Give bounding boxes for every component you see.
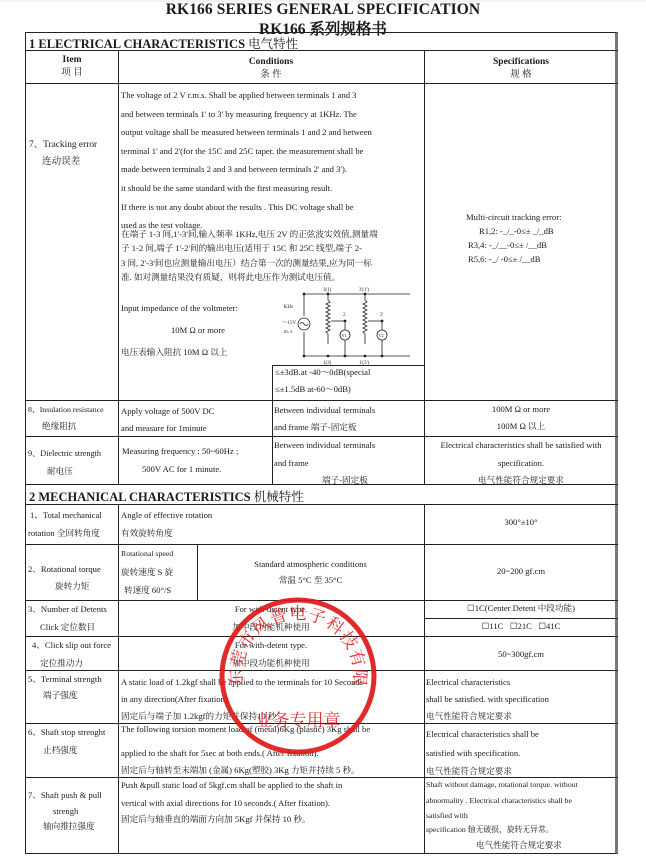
section-1-title: 1 ELECTRICAL CHARACTERISTICS xyxy=(29,37,245,51)
item-label: 6、Shaft stop strenght xyxy=(28,724,105,742)
conditions-text: For with-detent type. xyxy=(118,637,424,655)
spec-value: 300°±10° xyxy=(424,514,618,532)
svg-text:2': 2' xyxy=(380,313,384,318)
spec-value: 20~200 gf.cm xyxy=(424,563,618,581)
conditions-text: A static load of 1.2kgf shall be applied… xyxy=(121,674,363,692)
between-text: Between individual terminals xyxy=(274,402,375,420)
test-circuit-diagram: 1 KHz 2～15V r. m. s 3(1) 3'(1') 2 2' 1(3… xyxy=(282,286,422,366)
conditions-text: vertical with axial directions for 10 se… xyxy=(121,795,330,813)
item-label: 5、Terminal strength xyxy=(28,671,102,689)
between-text-cn: 端子-固定板 xyxy=(322,472,368,490)
detent-option-41c[interactable]: ☐41C xyxy=(538,621,560,631)
divider xyxy=(26,50,618,51)
item-label-cn: 旋转力矩 xyxy=(55,578,89,596)
spec-value: R1,2: -_/_-0≤± _/_dB xyxy=(479,224,554,238)
conditions-text-cn: 固定后与轴垂直的端面方向加 5Kgf 并保持 10 秒。 xyxy=(121,811,311,829)
divider xyxy=(118,50,119,484)
item-label: 1、Total mechanical xyxy=(30,507,102,525)
conditions-text: Angle of effective rotation xyxy=(121,507,212,525)
divider xyxy=(26,670,618,671)
conditions-text-cn: 在端子 1-3 间,1'-3'间,输入频率 1KHz,电压 2V 的正弦波实效值… xyxy=(121,227,378,284)
between-text: Between individual terminals xyxy=(274,437,375,455)
speed-text: 旋转速度 S 旋 xyxy=(121,564,173,582)
checkbox-icon[interactable]: ☐ xyxy=(467,603,475,613)
spec-value: Electrical characteristics shall be xyxy=(426,726,539,744)
section-2-heading: 2 MECHANICAL CHARACTERISTICS 机械特性 xyxy=(29,487,304,505)
spec-value: R5,6: -_/ -0≤± /__dB xyxy=(468,252,540,266)
impedance-label: Input impedance of the voltmeter: xyxy=(121,300,238,318)
spec-value-cn: 电气性能符合规定要求 xyxy=(424,472,618,490)
conditions-text: Apply voltage of 500V DC xyxy=(121,403,214,421)
tracking-tolerance: ≤±3dB.at -40～0dB(special ≤±1.5dB at-60～0… xyxy=(275,364,370,398)
svg-text:1 KHz: 1 KHz xyxy=(282,305,294,310)
detent-options: ☐11C ☐21C ☐41C xyxy=(424,618,618,636)
column-header-specifications-en: Specifications xyxy=(493,57,549,67)
item-label-cn: 绝缘阻抗 xyxy=(42,418,76,436)
item-label: 4、Click slip out force xyxy=(32,637,111,655)
svg-text:2～15V: 2～15V xyxy=(282,321,297,326)
spec-value: specification. xyxy=(424,455,618,473)
spec-value-cn: 电气性能符合规定要求 xyxy=(476,837,562,855)
checkbox-icon: ☐ xyxy=(510,621,518,631)
column-header-item-en: Item xyxy=(63,55,82,65)
between-text: and frame xyxy=(274,455,309,473)
conditions-text: The following torsion moment load of (me… xyxy=(121,721,370,739)
divider xyxy=(26,484,618,485)
column-header-specifications-cn: 规 格 xyxy=(510,70,531,80)
section-1-title-cn: 电气特性 xyxy=(248,37,298,51)
spec-value: 100M Ω 以上 xyxy=(424,418,618,436)
svg-text:V2: V2 xyxy=(379,333,384,338)
checkbox-icon: ☐ xyxy=(538,621,546,631)
impedance-label-cn: 电压表输入阻抗 10M Ω 以上 xyxy=(121,344,227,362)
spec-value: Electrical characteristics xyxy=(426,674,510,692)
conditions-text: Standard atmospheric conditions xyxy=(197,556,424,574)
conditions-text: in any direction(After fixation). xyxy=(121,691,230,709)
speed-text: Rotational speed xyxy=(121,545,173,563)
item-label-cn: 耐电压 xyxy=(47,463,73,481)
spec-value: satisfied with specification. xyxy=(426,745,520,763)
divider xyxy=(118,504,119,854)
column-header-specifications: Specifications 规 格 xyxy=(424,56,618,82)
section-2-title: 2 MECHANICAL CHARACTERISTICS xyxy=(29,490,251,504)
item-label: rotation 全回转角度 xyxy=(28,525,100,543)
item-label-cn: 止档强度 xyxy=(43,742,77,760)
column-header-conditions-cn: 条 件 xyxy=(260,70,281,80)
conditions-text: Measuring frequency : 50~60Hz ; xyxy=(122,443,238,461)
spec-value: Shaft without damage, rotational torque.… xyxy=(426,776,578,794)
divider xyxy=(272,365,273,401)
divider xyxy=(424,504,425,854)
svg-text:2: 2 xyxy=(343,313,346,318)
detent-option-11c[interactable]: ☐11C xyxy=(482,621,504,631)
spec-value: shall be satisfied. with specification xyxy=(426,691,549,709)
impedance-value: 10M Ω or more xyxy=(171,322,225,340)
item-label: 2、Rotational torque xyxy=(28,561,101,579)
column-header-conditions-en: Conditions xyxy=(249,57,293,67)
conditions-text: and measure for 1minute xyxy=(121,420,207,438)
column-header-item-cn: 项 目 xyxy=(61,68,82,78)
conditions-text-cn: 加中段功能机种使用 xyxy=(118,619,424,637)
spec-value: 100M Ω or more xyxy=(424,401,618,419)
conditions-text: Push &pull static load of 5kgf.cm shall … xyxy=(121,777,342,795)
svg-text:r. m. s: r. m. s xyxy=(282,330,292,335)
conditions-text: For with-detent type. xyxy=(118,601,424,619)
divider xyxy=(26,504,618,505)
detent-option-center[interactable]: ☐1C(Center Detent 中段功能) xyxy=(424,600,618,618)
detent-option-21c[interactable]: ☐21C xyxy=(510,621,532,631)
spec-value: R3,4: -_/__-0≤± /__dB xyxy=(468,238,547,252)
item-label: 7、Shaft push & pull xyxy=(28,787,102,805)
column-header-item: Item 项 目 xyxy=(26,54,118,80)
conditions-text: The voltage of 2 V r.m.s. Shall be appli… xyxy=(121,86,372,235)
svg-text:3(1): 3(1) xyxy=(323,288,332,293)
item-label: 7、Tracking error xyxy=(29,137,97,155)
conditions-text: 500V AC for 1 minute. xyxy=(142,461,221,479)
divider xyxy=(272,400,273,484)
spec-title: Multi-circuit tracking error: xyxy=(466,210,561,224)
spec-value: Electrical characteristics shall be sati… xyxy=(424,437,618,455)
item-label: 8、Insulation resistance xyxy=(28,401,104,419)
item-label: 9、Dielectric strength xyxy=(28,445,101,463)
column-header-conditions: Conditions 条 件 xyxy=(118,56,424,82)
spec-value: 50~300gf.cm xyxy=(424,646,618,664)
item-label: 3、Number of Detents xyxy=(28,601,107,619)
item-label-cn: 连动误差 xyxy=(42,153,80,171)
between-text: and frame 端子-固定板 xyxy=(274,419,357,437)
svg-text:3'(1'): 3'(1') xyxy=(359,288,369,293)
section-2-title-cn: 机械特性 xyxy=(254,490,304,504)
conditions-text-cn: 有效旋转角度 xyxy=(121,525,173,543)
speed-text: 转速度 60°/S xyxy=(124,582,171,600)
item-label: Click 定位数目 xyxy=(40,619,95,637)
item-label-cn: 端子强度 xyxy=(43,687,77,705)
spec-value: specification 轴无破损，旋转无异常。 xyxy=(426,821,554,839)
item-label-cn: 轴向推拉强度 xyxy=(43,818,95,836)
conditions-text-cn: 常温 5°C 至 35°C xyxy=(197,572,424,590)
svg-text:V1: V1 xyxy=(342,333,347,338)
divider xyxy=(26,544,618,545)
divider xyxy=(26,83,618,84)
conditions-text: applied to the shaft for 5sec at both en… xyxy=(121,745,319,763)
